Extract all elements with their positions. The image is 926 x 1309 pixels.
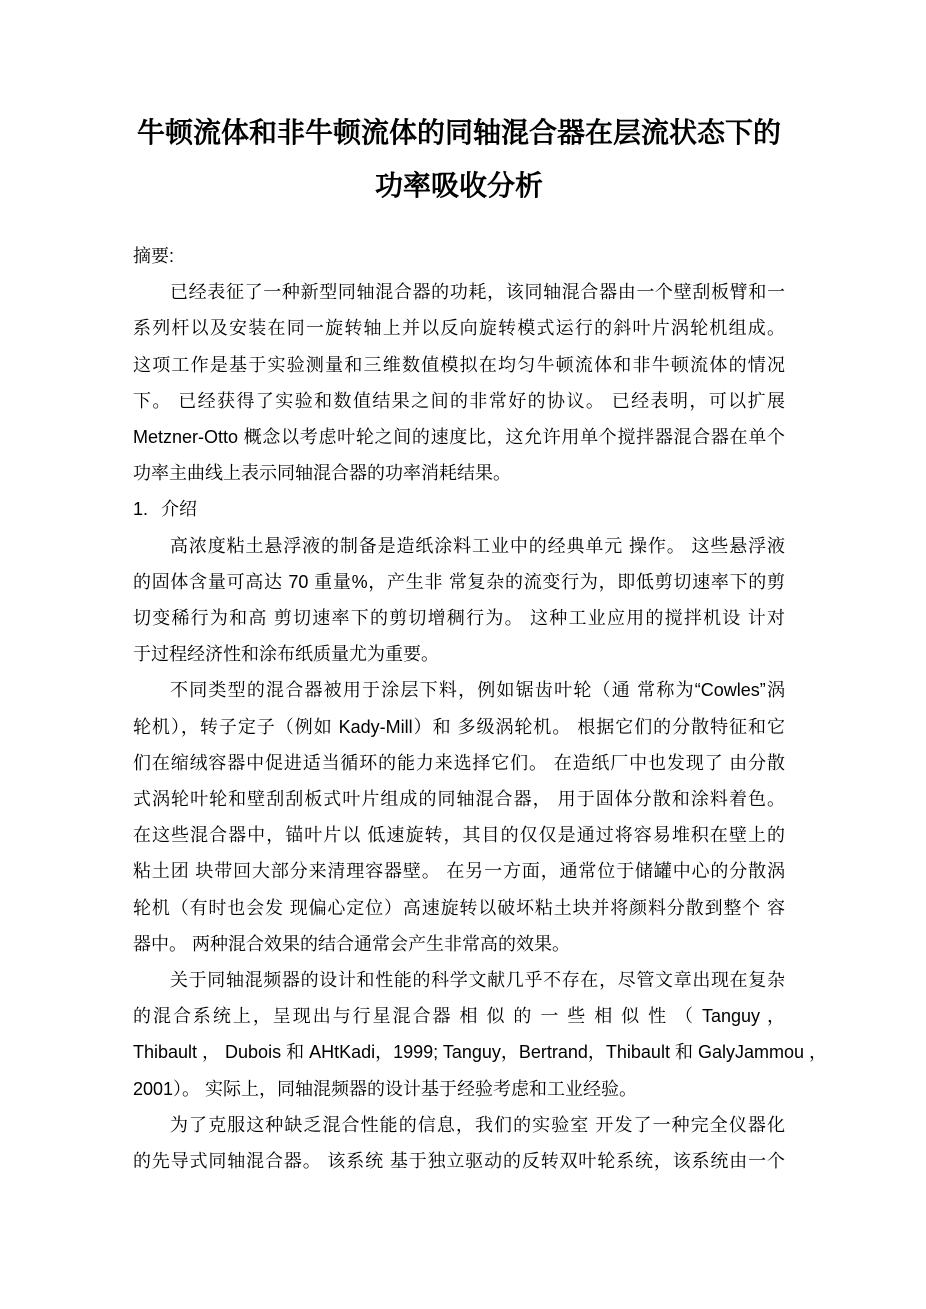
text-line: 们在缩绒容器中促进适当循环的能力来选择它们。 在造纸厂中也发现了 由分散 xyxy=(133,745,785,781)
abstract-label: 摘要: xyxy=(133,238,785,274)
heading-text: 介绍 xyxy=(161,491,197,527)
intro-paragraph-3: 关于同轴混频器的设计和性能的科学文献几乎不存在，尽管文章出现在复杂的混合系统上，… xyxy=(133,962,785,1107)
text-line: 式涡轮叶轮和壁刮刮板式叶片组成的同轴混合器， 用于固体分散和涂料着色。 xyxy=(133,781,785,817)
text-line: 轮机（有时也会发 现偏心定位）高速旋转以破坏粘土块并将颜料分散到整个 容 xyxy=(133,890,785,926)
abstract-paragraph: 已经表征了一种新型同轴混合器的功耗，该同轴混合器由一个壁刮板臂和一系列杆以及安装… xyxy=(133,274,785,491)
text-line: 器中。 两种混合效果的结合通常会产生非常高的效果。 xyxy=(133,926,785,962)
text-line: 的先导式同轴混合器。 该系统 基于独立驱动的反转双叶轮系统，该系统由一个 xyxy=(133,1143,785,1179)
text-line: 2001）。 实际上，同轴混频器的设计基于经验考虑和工业经验。 xyxy=(133,1071,785,1107)
text-line: 下。 已经获得了实验和数值结果之间的非常好的协议。 已经表明，可以扩展 xyxy=(133,383,785,419)
text-line: 在这些混合器中，锚叶片以 低速旋转，其目的仅仅是通过将容易堆积在壁上的 xyxy=(133,817,785,853)
text-line: 不同类型的混合器被用于涂层下料，例如锯齿叶轮（通 常称为“Cowles”涡 xyxy=(133,672,785,708)
text-line: 功率主曲线上表示同轴混合器的功率消耗结果。 xyxy=(133,455,785,491)
section-1-heading: 1.介绍 xyxy=(133,491,785,527)
text-line: 为了克服这种缺乏混合性能的信息，我们的实验室 开发了一种完全仪器化 xyxy=(133,1107,785,1143)
text-line: 的固体含量可高达 70 重量%，产生非 常复杂的流变行为，即低剪切速率下的剪 xyxy=(133,564,785,600)
heading-number: 1. xyxy=(133,491,148,527)
title-line-1: 牛顿流体和非牛顿流体的同轴混合器在层流状态下的 xyxy=(133,106,785,159)
text-line: 轮机），转子定子（例如 Kady-Mill）和 多级涡轮机。 根据它们的分散特征… xyxy=(133,709,785,745)
text-line: Metzner-Otto 概念以考虑叶轮之间的速度比，这允许用单个搅拌器混合器在… xyxy=(133,419,785,455)
intro-paragraph-2: 不同类型的混合器被用于涂层下料，例如锯齿叶轮（通 常称为“Cowles”涡轮机）… xyxy=(133,672,785,962)
text-line: 已经表征了一种新型同轴混合器的功耗，该同轴混合器由一个壁刮板臂和一 xyxy=(133,274,785,310)
document-page: 牛顿流体和非牛顿流体的同轴混合器在层流状态下的 功率吸收分析 摘要:已经表征了一… xyxy=(0,0,926,1309)
text-line: 系列杆以及安装在同一旋转轴上并以反向旋转模式运行的斜叶片涡轮机组成。 xyxy=(133,310,785,346)
document-body: 摘要:已经表征了一种新型同轴混合器的功耗，该同轴混合器由一个壁刮板臂和一系列杆以… xyxy=(133,238,785,1179)
text-line: 高浓度粘土悬浮液的制备是造纸涂料工业中的经典单元 操作。 这些悬浮液 xyxy=(133,528,785,564)
title-line-2: 功率吸收分析 xyxy=(133,159,785,212)
document-title: 牛顿流体和非牛顿流体的同轴混合器在层流状态下的 功率吸收分析 xyxy=(133,106,785,212)
text-line: 于过程经济性和涂布纸质量尤为重要。 xyxy=(133,636,785,672)
document-content: 牛顿流体和非牛顿流体的同轴混合器在层流状态下的 功率吸收分析 摘要:已经表征了一… xyxy=(133,0,785,1179)
text-line: 摘要: xyxy=(133,238,785,274)
text-line: 切变稀行为和高 剪切速率下的剪切增稠行为。 这种工业应用的搅拌机设 计对 xyxy=(133,600,785,636)
text-line: 关于同轴混频器的设计和性能的科学文献几乎不存在，尽管文章出现在复杂 xyxy=(133,962,785,998)
text-line: 粘土团 块带回大部分来清理容器壁。 在另一方面，通常位于储罐中心的分散涡 xyxy=(133,853,785,889)
text-line: 的混合系统上，呈现出与行星混合器 相 似 的 一 些 相 似 性 （ Tangu… xyxy=(133,998,785,1034)
intro-paragraph-1: 高浓度粘土悬浮液的制备是造纸涂料工业中的经典单元 操作。 这些悬浮液的固体含量可… xyxy=(133,528,785,673)
text-line: 这项工作是基于实验测量和三维数值模拟在均匀牛顿流体和非牛顿流体的情况 xyxy=(133,347,785,383)
intro-paragraph-4: 为了克服这种缺乏混合性能的信息，我们的实验室 开发了一种完全仪器化的先导式同轴混… xyxy=(133,1107,785,1179)
text-line: Thibault ， Dubois 和 AHtKadi，1999; Tanguy… xyxy=(133,1034,785,1070)
